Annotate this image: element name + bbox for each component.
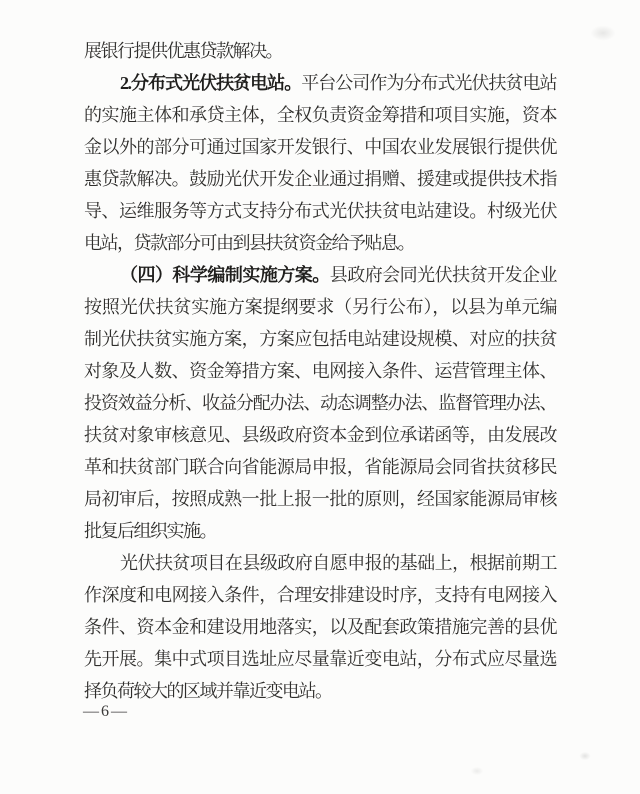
text-line: 革和扶贫部门联合向省能源局申报，省能源局会同省扶贫移民 <box>84 451 556 483</box>
text-line: 的实施主体和承贷主体，全权负责资金筹措和项目实施，资本 <box>84 99 556 131</box>
text-block: 展银行提供优惠贷款解决。2.分布式光伏扶贫电站。平台公司作为分布式光伏扶贫电站的… <box>84 35 556 707</box>
text-line: 扶贫对象审核意见、县级政府资本金到位承诺函等，由发展改 <box>84 419 556 451</box>
text-segment-bold: （四）科学编制实施方案。 <box>120 265 330 285</box>
text-line: 择负荷较大的区域并靠近变电站。 <box>84 675 556 707</box>
text-line: 金以外的部分可通过国家开发银行、中国农业发展银行提供优 <box>84 131 556 163</box>
text-line: 2.分布式光伏扶贫电站。平台公司作为分布式光伏扶贫电站 <box>84 67 556 99</box>
text-segment: 作深度和电网接入条件，合理安排建设时序，支持有电网接入 <box>84 585 556 605</box>
text-segment: 展银行提供优惠贷款解决。 <box>84 41 282 61</box>
text-line: 对象及人数、资金筹措方案、电网接入条件、运营管理主体、 <box>84 355 556 387</box>
text-segment: 的实施主体和承贷主体，全权负责资金筹措和项目实施，资本 <box>84 105 556 125</box>
text-segment: 导、运维服务等方式支持分布式光伏扶贫电站建设。村级光伏 <box>84 201 556 221</box>
text-line: （四）科学编制实施方案。县政府会同光伏扶贫开发企业 <box>84 259 556 291</box>
text-segment: 平台公司作为分布式光伏扶贫电站 <box>301 73 556 93</box>
text-line: 光伏扶贫项目在县级政府自愿申报的基础上，根据前期工 <box>84 547 556 579</box>
text-segment: 县政府会同光伏扶贫开发企业 <box>330 265 556 285</box>
text-line: 投资效益分析、收益分配办法、动态调整办法、监督管理办法、 <box>84 387 556 419</box>
text-segment: 择负荷较大的区域并靠近变电站。 <box>84 681 332 701</box>
text-segment: 制光伏扶贫实施方案，方案应包括电站建设规模、对应的扶贫 <box>84 329 556 349</box>
text-line: 惠贷款解决。鼓励光伏开发企业通过捐赠、援建或提供技术指 <box>84 163 556 195</box>
page-number: —6— <box>83 703 129 721</box>
text-line: 电站，贷款部分可由到县扶贫资金给予贴息。 <box>84 227 556 259</box>
text-segment: 批复后组织实施。 <box>84 521 216 541</box>
text-segment: 电站，贷款部分可由到县扶贫资金给予贴息。 <box>84 233 414 253</box>
text-line: 导、运维服务等方式支持分布式光伏扶贫电站建设。村级光伏 <box>84 195 556 227</box>
text-segment: 局初审后，按照成熟一批上报一批的原则，经国家能源局审核 <box>84 489 556 509</box>
text-segment: 扶贫对象审核意见、县级政府资本金到位承诺函等，由发展改 <box>84 425 556 445</box>
text-segment: 惠贷款解决。鼓励光伏开发企业通过捐赠、援建或提供技术指 <box>84 169 556 189</box>
text-segment: 条件、资本金和建设用地落实，以及配套政策措施完善的县优 <box>84 617 556 637</box>
text-segment: 按照光伏扶贫实施方案提纲要求（另行公布），以县为单元编 <box>84 297 556 317</box>
text-line: 先开展。集中式项目选址应尽量靠近变电站，分布式应尽量选 <box>84 643 556 675</box>
text-line: 展银行提供优惠贷款解决。 <box>84 35 556 67</box>
text-segment: 先开展。集中式项目选址应尽量靠近变电站，分布式应尽量选 <box>84 649 556 669</box>
text-line: 批复后组织实施。 <box>84 515 556 547</box>
text-line: 局初审后，按照成熟一批上报一批的原则，经国家能源局审核 <box>84 483 556 515</box>
text-line: 制光伏扶贫实施方案，方案应包括电站建设规模、对应的扶贫 <box>84 323 556 355</box>
text-segment: 投资效益分析、收益分配办法、动态调整办法、监督管理办法、 <box>84 393 556 413</box>
text-line: 按照光伏扶贫实施方案提纲要求（另行公布），以县为单元编 <box>84 291 556 323</box>
document-page: 展银行提供优惠贷款解决。2.分布式光伏扶贫电站。平台公司作为分布式光伏扶贫电站的… <box>0 0 640 794</box>
text-segment: 革和扶贫部门联合向省能源局申报，省能源局会同省扶贫移民 <box>84 457 556 477</box>
text-segment: 光伏扶贫项目在县级政府自愿申报的基础上，根据前期工 <box>120 553 556 573</box>
text-line: 作深度和电网接入条件，合理安排建设时序，支持有电网接入 <box>84 579 556 611</box>
text-line: 条件、资本金和建设用地落实，以及配套政策措施完善的县优 <box>84 611 556 643</box>
text-segment-bold: 2.分布式光伏扶贫电站。 <box>120 73 301 93</box>
text-segment: 对象及人数、资金筹措方案、电网接入条件、运营管理主体、 <box>84 361 556 381</box>
text-segment: 金以外的部分可通过国家开发银行、中国农业发展银行提供优 <box>84 137 556 157</box>
